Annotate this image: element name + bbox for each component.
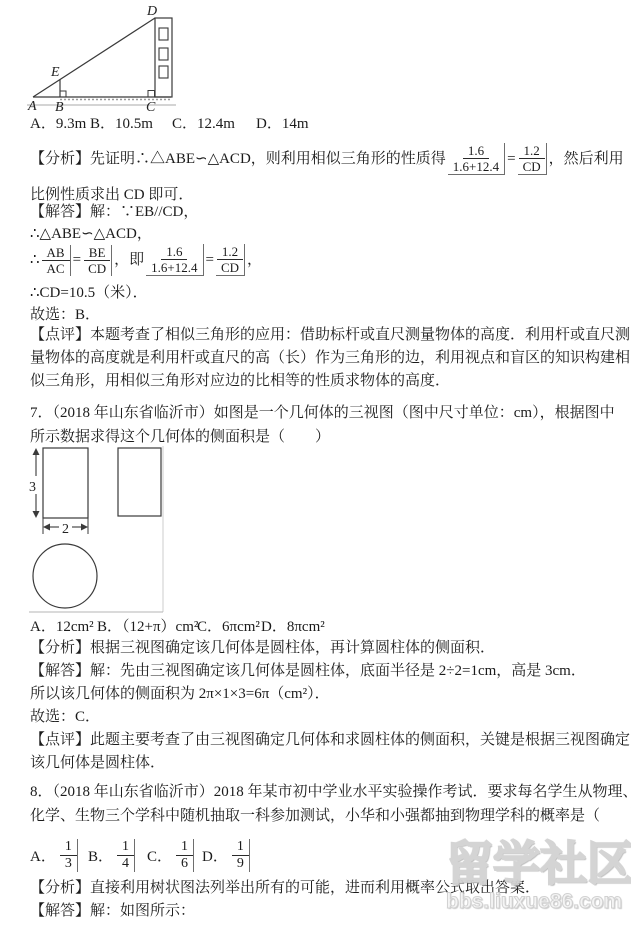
formula-text: ， <box>247 251 262 270</box>
option-label: D． <box>202 845 228 866</box>
p8-option-d: D． 1 9 <box>202 835 252 875</box>
p6-option-b: B．10.5m <box>90 112 153 133</box>
window-icon <box>159 66 168 78</box>
p6-option-a: A．9.3m <box>30 112 86 133</box>
p6-comment-line: 量物体的高度就是利用杆或直尺的高（长）作为三角形的边，利用视点和盲区的知识构建相 <box>30 349 630 368</box>
fraction: BE CD <box>83 245 112 276</box>
equals-sign: = <box>507 150 515 169</box>
p7-solution-line: 所以该几何体的侧面积为 2π×1×3=6π（cm²）． <box>30 685 330 704</box>
p7-comment-line: 【点评】此题主要考查了由三视图确定几何体和求圆柱体的侧面积，关键是根据三视图确定 <box>30 731 630 750</box>
right-angle-mark <box>148 91 155 98</box>
p7-option-d: D．8πcm² <box>261 615 325 636</box>
option-label: B． <box>88 845 113 866</box>
fraction: 1 6 <box>176 839 194 872</box>
formula-text: ，即 <box>114 251 144 270</box>
p7-option-c: C．6πcm² <box>197 615 260 636</box>
p7-analysis: 【分析】根据三视图确定该几何体是圆柱体，再计算圆柱体的侧面积． <box>30 639 495 658</box>
p8-analysis: 【分析】直接利用树状图法列举出所有的可能，进而利用概率公式取出答案． <box>30 879 540 898</box>
p7-solution-line: 【解答】解：先由三视图确定该几何体是圆柱体，底面半径是 2÷2=1cm，高是 3… <box>30 662 586 681</box>
therefore-sign: ∴ <box>30 251 40 270</box>
p6-option-d: D．14m <box>256 112 309 133</box>
p8-statement-line: 化学、生物三个学科中随机抽取一科参加测试，小华和小强都抽到物理学科的概率是（ ） <box>30 807 631 826</box>
p7-option-a: A．12cm² <box>30 615 94 636</box>
fraction: AB AC <box>42 245 71 276</box>
p6-comment-line: 【点评】本题考查了相似三角形的应用：借助标杆或直尺测量物体的高度．利用杆或直尺测 <box>30 326 630 345</box>
right-angle-mark <box>60 91 66 97</box>
three-view-diagram: 3 2 <box>26 446 171 616</box>
arrow-down-icon <box>33 511 40 518</box>
p7-comment-line: 该几何体是圆柱体． <box>30 754 165 773</box>
p8-statement-line: 8．（2018 年山东省临沂市）2018 年某市初中学业水平实验操作考试．要求每… <box>30 783 631 802</box>
watermark: 留学社区 bbs.liuxue86.com <box>446 838 631 914</box>
front-view-rect <box>43 448 88 518</box>
p8-solution: 【解答】解：如图所示： <box>30 902 195 921</box>
option-label: A． <box>30 845 56 866</box>
arrow-left-icon <box>43 524 50 531</box>
fraction: 1.6 1.6+12.4 <box>448 143 505 175</box>
p6-answer-choice: 故选：B． <box>30 306 100 325</box>
p6-solution-line3: ∴CD=10.5（米）． <box>30 284 148 303</box>
arrow-right-icon <box>81 524 88 531</box>
exam-document-page: A B C D E A．9.3m B．10.5m C．12.4m D．14m 【… <box>0 0 631 929</box>
fraction: 1.2 CD <box>216 244 245 276</box>
height-dimension-label: 3 <box>29 480 36 495</box>
fraction: 1 4 <box>117 839 135 872</box>
p7-option-b: B．（12+π）cm² <box>97 615 198 636</box>
p8-option-c: C． 1 6 <box>147 835 196 875</box>
top-view-circle <box>33 544 97 608</box>
arrow-up-icon <box>33 448 40 455</box>
p6-solution-line1: 【解答】解：∵EB//CD， <box>30 203 198 222</box>
p6-comment-line: 似三角形，用相似三角形对应边的比相等的性质求物体的高度． <box>30 372 450 391</box>
p8-option-a: A． 1 3 <box>30 835 80 875</box>
p7-statement-line: 7．（2018 年山东省临沂市）如图是一个几何体的三视图（图中尺寸单位：cm），… <box>30 404 615 423</box>
fraction: 1 9 <box>232 839 250 872</box>
analysis-text: ，然后利用 <box>549 150 624 169</box>
p7-answer-choice: 故选：C． <box>30 708 100 727</box>
fraction: 1.6 1.6+12.4 <box>146 244 203 276</box>
equals-sign: = <box>206 251 214 270</box>
p6-solution-formula: ∴ AB AC = BE CD ，即 1.6 1.6+12.4 = 1.2 CD… <box>30 239 262 281</box>
p6-analysis-line1: 【分析】先证明∴△ABE∽△ACD，则利用相似三角形的性质得 1.6 1.6+1… <box>30 137 624 181</box>
equals-sign: = <box>73 251 81 270</box>
fraction: 1.2 CD <box>518 143 547 175</box>
fraction: 1 3 <box>60 839 78 872</box>
building-shape <box>155 18 172 97</box>
window-icon <box>159 28 168 40</box>
p6-option-c: C．12.4m <box>172 112 235 133</box>
option-label: C． <box>147 845 172 866</box>
triangle-measurement-diagram: A B C D E <box>26 2 178 114</box>
p7-statement-line: 所示数据求得这个几何体的侧面积是（ ） <box>30 428 330 447</box>
window-icon <box>159 48 168 60</box>
width-dimension-label: 2 <box>62 522 69 537</box>
analysis-text: 【分析】先证明∴△ABE∽△ACD，则利用相似三角形的性质得 <box>30 150 446 169</box>
p8-option-b: B． 1 4 <box>88 835 137 875</box>
vertex-label-e: E <box>50 65 60 80</box>
side-view-rect <box>118 448 161 516</box>
vertex-label-d: D <box>146 4 157 19</box>
